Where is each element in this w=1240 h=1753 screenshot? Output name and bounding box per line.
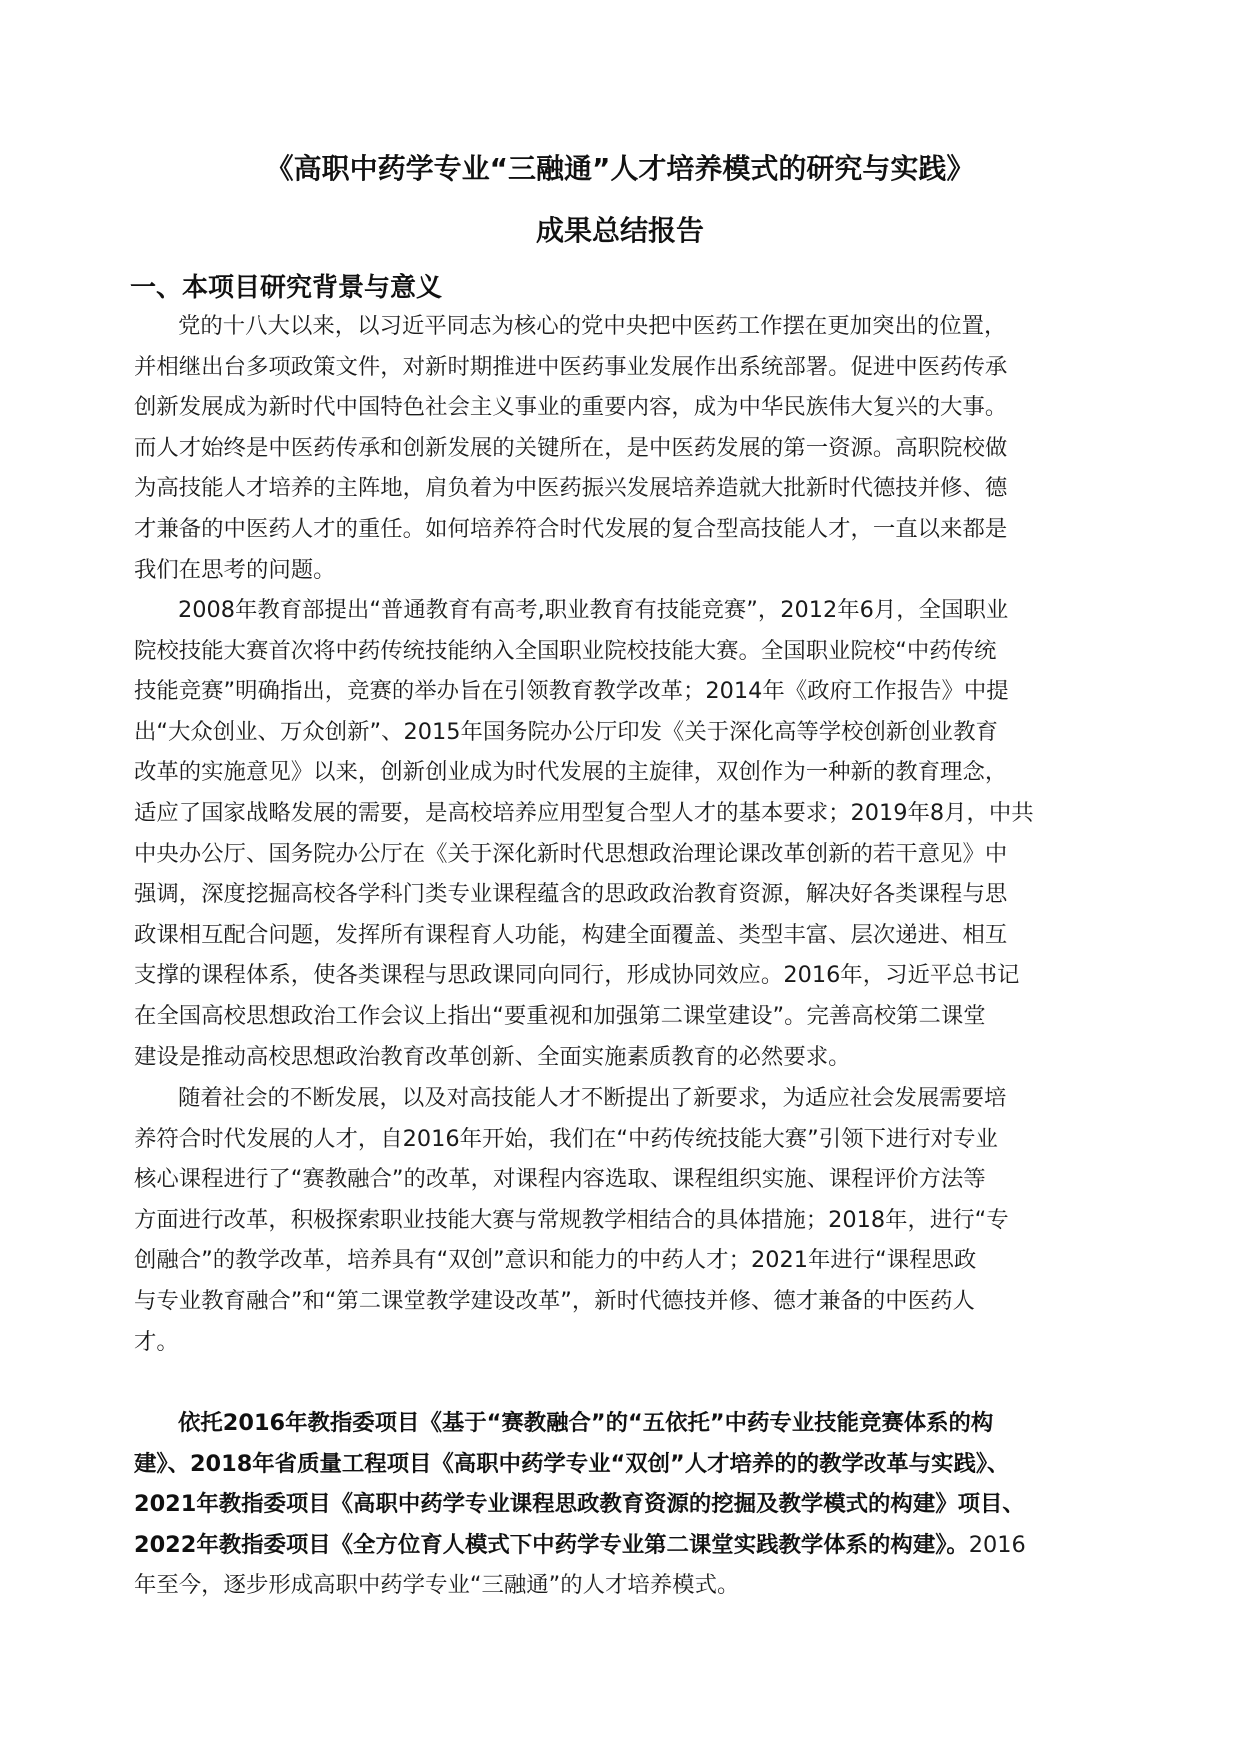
paragraph-line: 支撑的课程体系，使各类课程与思政课同向同行，形成协同效应。2016年，习近平总书… — [134, 955, 1114, 996]
paragraph-line: 政课相互配合问题，发挥所有课程育人功能，构建全面覆盖、类型丰富、层次递进、相互 — [134, 915, 1114, 956]
paragraph-line: 与专业教育融合”和“第二课堂教学建设改革”，新时代德技并修、德才兼备的中医药人 — [134, 1281, 1114, 1322]
paragraph-line-mixed: 2022年教指委项目《全方位育人模式下中药学专业第二课堂实践教学体系的构建》。2… — [134, 1525, 1114, 1566]
paragraph-line: 院校技能大赛首次将中药传统技能纳入全国职业院校技能大赛。全国职业院校“中药传统 — [134, 631, 1114, 672]
paragraph-line: 才兼备的中医药人才的重任。如何培养符合时代发展的复合型高技能人才，一直以来都是 — [134, 509, 1114, 550]
paragraph-line-bold: 2021年教指委项目《高职中药学专业课程思政教育资源的挖掘及教学模式的构建》项目… — [134, 1484, 1114, 1525]
paragraph-line: 在全国高校思想政治工作会议上指出“要重视和加强第二课堂建设”。完善高校第二课堂 — [134, 996, 1114, 1037]
paragraph-line: 养符合时代发展的人才，自2016年开始，我们在“中药传统技能大赛”引领下进行对专… — [134, 1119, 1114, 1160]
section-heading: 一、本项目研究背景与意义 — [130, 267, 442, 304]
paragraph-line: 2008年教育部提出“普通教育有高考,职业教育有技能竞赛”，2012年6月，全国… — [134, 590, 1114, 631]
paragraph-4: 依托2016年教指委项目《基于“赛教融合”的“五依托”中药专业技能竞赛体系的构 … — [134, 1403, 1114, 1606]
paragraph-line: 年至今，逐步形成高职中药学专业“三融通”的人才培养模式。 — [134, 1565, 1114, 1606]
report-subtitle: 成果总结报告 — [0, 209, 1240, 249]
paragraph-line: 改革的实施意见》以来，创新创业成为时代发展的主旋律，双创作为一种新的教育理念， — [134, 752, 1114, 793]
paragraph-line: 党的十八大以来，以习近平同志为核心的党中央把中医药工作摆在更加突出的位置， — [134, 306, 1114, 347]
paragraph-line: 随着社会的不断发展，以及对高技能人才不断提出了新要求，为适应社会发展需要培 — [134, 1078, 1114, 1119]
paragraph-line: 核心课程进行了“赛教融合”的改革，对课程内容选取、课程组织实施、课程评价方法等 — [134, 1159, 1114, 1200]
paragraph-line: 强调，深度挖掘高校各学科门类专业课程蕴含的思政政治教育资源，解决好各类课程与思 — [134, 874, 1114, 915]
paragraph-line: 创新发展成为新时代中国特色社会主义事业的重要内容，成为中华民族伟大复兴的大事。 — [134, 387, 1114, 428]
paragraph-line: 创融合”的教学改革，培养具有“双创”意识和能力的中药人才；2021年进行“课程思… — [134, 1240, 1114, 1281]
paragraph-line: 建设是推动高校思想政治教育改革创新、全面实施素质教育的必然要求。 — [134, 1037, 1114, 1078]
paragraph-3: 随着社会的不断发展，以及对高技能人才不断提出了新要求，为适应社会发展需要培 养符… — [134, 1078, 1114, 1362]
paragraph-line: 我们在思考的问题。 — [134, 550, 1114, 591]
document-page: 《高职中药学专业“三融通”人才培养模式的研究与实践》 成果总结报告 一、本项目研… — [0, 0, 1240, 1753]
paragraph-1: 党的十八大以来，以习近平同志为核心的党中央把中医药工作摆在更加突出的位置， 并相… — [134, 306, 1114, 590]
paragraph-line: 出“大众创业、万众创新”、2015年国务院办公厅印发《关于深化高等学校创新创业教… — [134, 712, 1114, 753]
paragraph-line-bold: 建》、2018年省质量工程项目《高职中药学专业“双创”人才培养的的教学改革与实践… — [134, 1444, 1114, 1485]
paragraph-line: 适应了国家战略发展的需要，是高校培养应用型复合型人才的基本要求；2019年8月，… — [134, 793, 1114, 834]
paragraph-line: 技能竞赛”明确指出，竞赛的举办旨在引领教育教学改革；2014年《政府工作报告》中… — [134, 671, 1114, 712]
paragraph-line-bold: 依托2016年教指委项目《基于“赛教融合”的“五依托”中药专业技能竞赛体系的构 — [134, 1403, 1114, 1444]
bold-project-text: 2022年教指委项目《全方位育人模式下中药学专业第二课堂实践教学体系的构建》。 — [134, 1532, 969, 1558]
year-text: 2016 — [969, 1532, 1026, 1558]
paragraph-line: 并相继出台多项政策文件，对新时期推进中医药事业发展作出系统部署。促进中医药传承 — [134, 347, 1114, 388]
paragraph-2: 2008年教育部提出“普通教育有高考,职业教育有技能竞赛”，2012年6月，全国… — [134, 590, 1114, 1077]
paragraph-line: 为高技能人才培养的主阵地，肩负着为中医药振兴发展培养造就大批新时代德技并修、德 — [134, 468, 1114, 509]
paragraph-line: 中央办公厅、国务院办公厅在《关于深化新时代思想政治理论课改革创新的若干意见》中 — [134, 834, 1114, 875]
paragraph-line: 才。 — [134, 1322, 1114, 1363]
paragraph-line: 方面进行改革，积极探索职业技能大赛与常规教学相结合的具体措施；2018年，进行“… — [134, 1200, 1114, 1241]
report-title: 《高职中药学专业“三融通”人才培养模式的研究与实践》 — [0, 147, 1240, 187]
paragraph-line: 而人才始终是中医药传承和创新发展的关键所在，是中医药发展的第一资源。高职院校做 — [134, 428, 1114, 469]
